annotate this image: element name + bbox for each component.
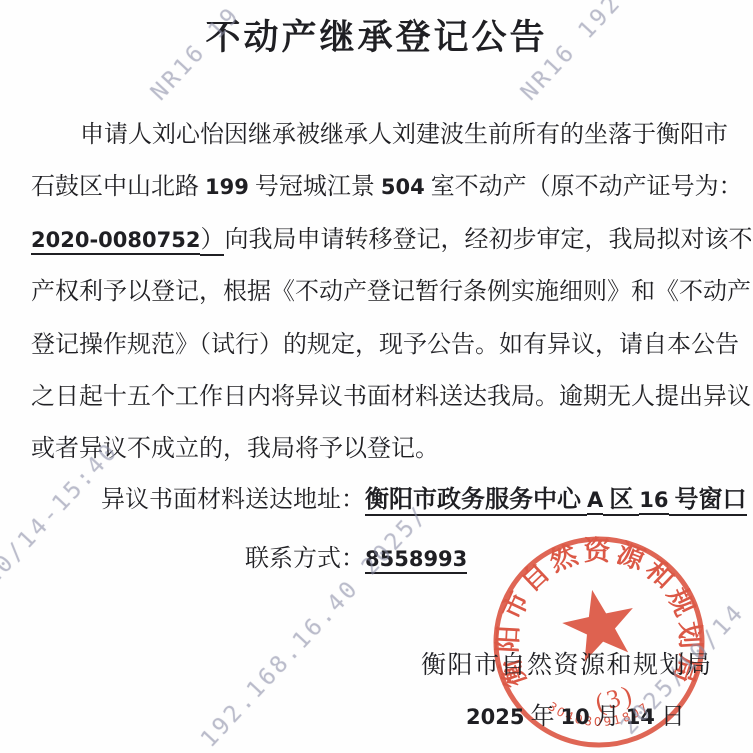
text-segment: 号窗口 <box>669 487 747 516</box>
text-segment: 日 <box>655 704 685 730</box>
text-segment: 室不动产（原不动产证号为： <box>425 174 743 200</box>
body-line: 2020-0080752）向我局申请转移登记，经初步审定，我局拟对该不动 <box>31 214 723 266</box>
text-segment: 石鼓区中山北路 <box>31 174 205 200</box>
text-segment: 衡阳市政务服务中心 <box>365 487 587 516</box>
watermark-text: 192.168.16.40 2025/ <box>196 501 433 753</box>
contact-phone-number: 8558993 <box>365 547 467 574</box>
contact-line: 联系方式：8558993 <box>245 545 467 574</box>
text-segment: 504 <box>381 175 425 199</box>
text-segment: ） <box>200 227 224 256</box>
scanned-document-page: NR16 19NR16 192.1625/10/14-15:40192.168.… <box>0 0 753 753</box>
objection-address-label: 异议书面材料送达地址： <box>101 487 365 513</box>
text-segment: 10 <box>560 705 589 729</box>
text-segment: 之日起十五个工作日内将异议书面材料送达我局。逾期无人提出异议 <box>31 384 751 410</box>
text-segment: 月 <box>590 704 626 730</box>
body-line: 石鼓区中山北路 199 号冠城江景 504 室不动产（原不动产证号为： <box>31 161 723 213</box>
text-segment: 申请人刘心怡因继承被继承人刘建波生前所有的坐落于衡阳市 <box>80 122 728 148</box>
text-segment: 产权利予以登记，根据《不动产登记暂行条例实施细则》和《不动产 <box>31 279 751 305</box>
contact-label: 联系方式： <box>245 546 365 572</box>
text-segment: 2025 <box>466 705 524 729</box>
body-line: 申请人刘心怡因继承被继承人刘建波生前所有的坐落于衡阳市 <box>31 109 723 161</box>
issuing-authority: 衡阳市自然资源和规划局 <box>421 651 713 681</box>
objection-address-value: 衡阳市政务服务中心 A 区 16 号窗口 <box>365 487 747 513</box>
text-segment: 登记操作规范》（试行）的规定，现予公告。如有异议，请自本公告 <box>31 332 739 358</box>
text-segment: 16 <box>639 488 668 515</box>
body-line: 之日起十五个工作日内将异议书面材料送达我局。逾期无人提出异议 <box>31 371 723 423</box>
announcement-body: 申请人刘心怡因继承被继承人刘建波生前所有的坐落于衡阳市石鼓区中山北路 199 号… <box>31 109 723 476</box>
text-segment: 年 <box>524 704 560 730</box>
page-title: 不动产继承登记公告 <box>0 10 753 60</box>
text-segment: 号冠城江景 <box>249 174 381 200</box>
issue-date: 2025 年 10 月 14 日 <box>466 703 685 732</box>
text-segment: 区 <box>603 487 639 516</box>
body-line: 登记操作规范》（试行）的规定，现予公告。如有异议，请自本公告 <box>31 319 723 371</box>
text-segment: A <box>587 488 603 515</box>
text-segment: 向我局申请转移登记，经初步审定，我局拟对该不动 <box>224 227 753 253</box>
text-segment: 2020-0080752 <box>31 228 200 255</box>
body-line: 或者异议不成立的，我局将予以登记。 <box>31 423 723 475</box>
text-segment: 14 <box>626 705 655 729</box>
text-segment: 199 <box>205 175 249 199</box>
body-line: 产权利予以登记，根据《不动产登记暂行条例实施细则》和《不动产 <box>31 266 723 318</box>
objection-address-line: 异议书面材料送达地址：衡阳市政务服务中心 A 区 16 号窗口 <box>101 486 747 515</box>
text-segment: 或者异议不成立的，我局将予以登记。 <box>31 436 439 462</box>
